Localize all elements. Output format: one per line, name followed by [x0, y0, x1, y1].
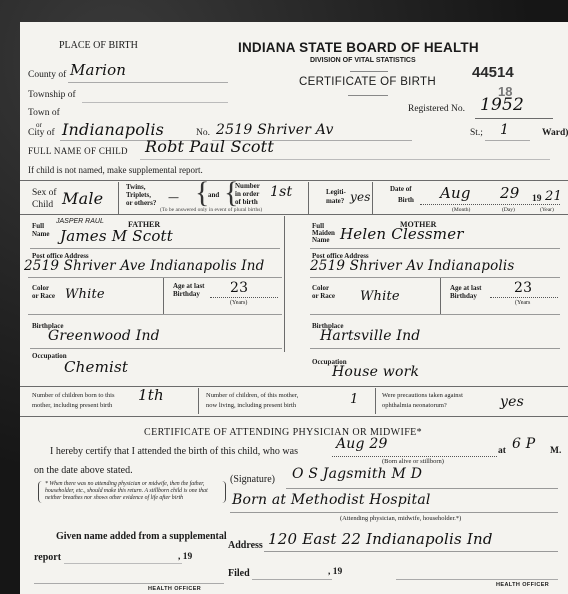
- order-value: 1st: [270, 184, 292, 200]
- certify-text: I hereby certify that I attended the bir…: [50, 446, 298, 457]
- signature-label: (Signature): [230, 474, 275, 485]
- mother-name-value: Helen Clessmer: [340, 225, 464, 243]
- underline: [286, 488, 558, 489]
- cell-divider: [372, 182, 373, 214]
- legit-value: yes: [350, 190, 371, 204]
- underline: [64, 563, 182, 564]
- address-value: 120 East 22 Indianapolis Ind: [268, 530, 493, 548]
- ward-value: 1: [500, 122, 509, 138]
- day-caption: (Day): [502, 207, 515, 213]
- precaution-label: ophthalmia neonatorum?: [382, 402, 447, 409]
- ward-label: Ward): [542, 128, 568, 138]
- row-divider: [20, 386, 568, 387]
- document-title: CERTIFICATE OF BIRTH: [299, 76, 436, 88]
- attending-footnote: * When there was no attending physician …: [38, 481, 226, 503]
- father-occupation-label: Occupation: [32, 352, 67, 360]
- dotted-line: [332, 456, 497, 457]
- filed-year-prefix: , 19: [328, 567, 342, 577]
- father-name-value: James M Scott: [60, 227, 173, 245]
- age-caption: (Years: [515, 300, 530, 306]
- plural-value: —: [168, 191, 179, 204]
- precaution-label: Were precautions taken against: [382, 392, 463, 399]
- cell-divider: [308, 182, 309, 214]
- sex-label-1: Sex of: [32, 188, 57, 198]
- agency-title: INDIANA STATE BOARD OF HEALTH: [238, 40, 479, 55]
- dob-year-suffix: 21: [545, 189, 562, 204]
- health-officer-label: HEALTH OFFICER: [496, 582, 549, 588]
- born-value: 1th: [138, 386, 164, 404]
- underline: [310, 348, 560, 349]
- row-divider: [20, 416, 568, 417]
- address-label: Address: [228, 540, 263, 551]
- mother-address-value: 2519 Shriver Av Indianapolis: [310, 258, 515, 274]
- birth-certificate: PLACE OF BIRTH INDIANA STATE BOARD OF HE…: [20, 22, 568, 594]
- town-label: Town of: [28, 108, 60, 118]
- cell-divider: [198, 388, 199, 414]
- mother-name-label: Name: [312, 236, 330, 244]
- at-label: at: [498, 446, 506, 456]
- father-occupation-value: Chemist: [64, 358, 128, 376]
- mother-color-label: or Race: [312, 292, 335, 300]
- underline: [28, 277, 282, 278]
- living-label: Number of children, of this mother,: [206, 392, 298, 399]
- dotted-line: [490, 297, 558, 298]
- sex-value: Male: [62, 189, 103, 208]
- child-name-label: FULL NAME OF CHILD: [28, 146, 128, 156]
- time-value: 6 P: [512, 436, 535, 452]
- cell-divider: [118, 182, 119, 214]
- township-label: Township of: [28, 90, 76, 100]
- father-name-label: Name: [32, 230, 50, 238]
- father-birthplace-value: Greenwood Ind: [48, 328, 160, 344]
- registered-no-value: 1952: [480, 95, 524, 115]
- dotted-line: [210, 297, 278, 298]
- column-divider: [284, 216, 285, 352]
- underline: [252, 579, 332, 580]
- born-caption: (Born alive or stillborn): [382, 458, 444, 465]
- born-label: Number of children born to this: [32, 392, 115, 399]
- mother-birthplace-value: Hartsville Ind: [320, 328, 420, 344]
- underline: [140, 159, 550, 160]
- unnamed-note: If child is not named, make supplemental…: [28, 165, 203, 175]
- plural-label: or others?: [126, 199, 156, 207]
- order-label: of birth: [235, 198, 258, 206]
- date-text: on the date above stated.: [34, 465, 133, 476]
- dob-day: 29: [500, 184, 520, 202]
- cell-divider: [440, 278, 441, 314]
- county-value: Marion: [70, 61, 126, 79]
- order-label: in order: [235, 190, 259, 198]
- and-label: and: [208, 191, 219, 199]
- legit-label: Legiti-: [326, 188, 346, 196]
- mother-age-value: 23: [514, 280, 532, 296]
- m-label: M.: [550, 446, 561, 456]
- underline: [310, 248, 560, 249]
- father-age-value: 23: [230, 280, 248, 296]
- father-full-label: Full: [32, 222, 44, 230]
- father-color-value: White: [65, 287, 105, 302]
- father-age-label: Birthday: [173, 290, 200, 298]
- county-label: County of: [28, 70, 66, 80]
- dob-label: Birth: [398, 196, 414, 204]
- father-address-value: 2519 Shriver Ave Indianapolis Ind: [24, 258, 265, 274]
- underline: [310, 277, 560, 278]
- mother-age-label: Age at last: [450, 284, 482, 292]
- health-officer-label: HEALTH OFFICER: [148, 586, 201, 592]
- child-name-value: Robt Paul Scott: [145, 137, 274, 156]
- dob-month: Aug: [440, 184, 471, 202]
- underline: [475, 118, 553, 119]
- father-annotation: JASPER RAUL: [56, 218, 104, 225]
- attendant-caption: (Attending physician, midwife, household…: [340, 515, 461, 522]
- born-label: mother, including present birth: [32, 402, 112, 409]
- underline: [28, 314, 282, 315]
- underline: [82, 102, 228, 103]
- stamp-number: 44514: [472, 64, 514, 81]
- plural-note: (To be answered only in event of plural …: [160, 207, 262, 213]
- signature-value: O S Jagsmith M D: [292, 466, 422, 482]
- report-year-prefix: , 19: [178, 552, 192, 562]
- living-label: now living, including present birth: [206, 402, 296, 409]
- plural-label: Triplets,: [126, 191, 151, 199]
- dob-year-prefix: 19: [532, 194, 542, 204]
- row-divider: [20, 180, 568, 181]
- age-caption: (Years): [230, 300, 247, 306]
- dob-label: Date of: [390, 185, 412, 193]
- divider: [348, 95, 388, 96]
- street-value: 2519 Shriver Av: [216, 122, 334, 138]
- underline: [485, 140, 530, 141]
- underline: [30, 248, 280, 249]
- underline: [396, 579, 558, 580]
- underline: [230, 512, 558, 513]
- city-label: City of: [28, 128, 55, 138]
- underline: [68, 82, 228, 83]
- cell-divider: [163, 278, 164, 314]
- signature-line2: Born at Methodist Hospital: [232, 492, 431, 508]
- mother-age-label: Birthday: [450, 292, 477, 300]
- cell-divider: [375, 388, 376, 414]
- father-age-label: Age at last: [173, 282, 205, 290]
- division-title: DIVISION OF VITAL STATISTICS: [310, 57, 416, 64]
- st-label: St.;: [470, 128, 483, 138]
- living-value: 1: [350, 392, 358, 407]
- order-label: Number: [235, 182, 260, 190]
- filed-label: Filed: [228, 568, 250, 579]
- registered-no-label: Registered No.: [408, 104, 465, 114]
- month-caption: (Month): [452, 207, 470, 213]
- divider: [350, 71, 388, 72]
- mother-color-label: Color: [312, 284, 329, 292]
- legit-label: mate?: [326, 197, 344, 205]
- year-caption: (Year): [540, 207, 554, 213]
- underline: [30, 348, 282, 349]
- mother-occupation-value: House work: [332, 364, 419, 380]
- place-of-birth-label: PLACE OF BIRTH: [59, 40, 138, 51]
- sex-label-2: Child: [32, 200, 53, 210]
- plural-label: Twins,: [126, 183, 146, 191]
- report-label: report: [34, 552, 61, 563]
- mother-color-value: White: [360, 289, 400, 304]
- underline: [310, 314, 560, 315]
- row-divider: [20, 214, 568, 215]
- father-color-label: or Race: [32, 292, 55, 300]
- underline: [264, 551, 558, 552]
- dotted-line: [420, 204, 560, 205]
- certify-value: Aug 29: [336, 436, 388, 452]
- precaution-value: yes: [500, 394, 524, 410]
- given-name-text: Given name added from a supplemental: [56, 531, 227, 542]
- underline: [34, 583, 224, 584]
- father-color-label: Color: [32, 284, 49, 292]
